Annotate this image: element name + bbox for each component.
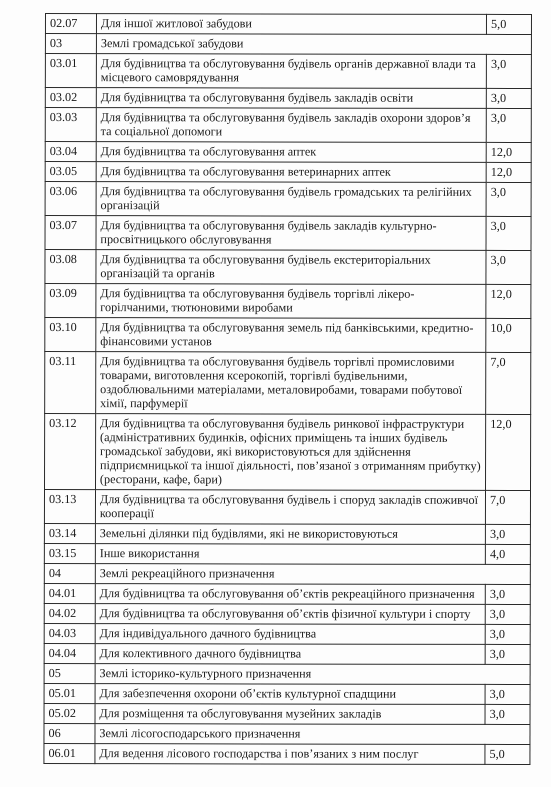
row-description: Для будівництва та обслуговування будіве… (96, 216, 486, 251)
table-row: 03.03Для будівництва та обслуговування б… (45, 108, 531, 143)
table-row: 03.14Земельні ділянки під будівлями, які… (44, 523, 530, 544)
row-description: Для індивідуального дачного будівництва (95, 624, 485, 645)
row-rate: 3,0 (486, 250, 531, 284)
table-row: 04.01Для будівництва та обслуговування о… (44, 583, 530, 604)
row-description: Для будівництва та обслуговування будіве… (96, 182, 486, 217)
group-title: Землі рекреаційного призначення (95, 564, 530, 585)
row-description: Для будівництва та обслуговування будіве… (96, 352, 486, 415)
row-code: 03.14 (44, 523, 95, 543)
row-code: 04.04 (44, 643, 95, 663)
row-description: Інше використання (95, 544, 485, 565)
row-code: 03.07 (45, 216, 96, 250)
row-rate: 3,0 (486, 216, 531, 250)
row-rate: 3,0 (485, 644, 530, 664)
group-title: Землі історико-культурного призначення (95, 664, 530, 685)
row-description: Земельні ділянки під будівлями, які не в… (95, 524, 485, 545)
row-description: Для будівництва та обслуговування земель… (96, 318, 486, 353)
row-description: Для ведення лісового господарства і пов’… (95, 744, 485, 765)
row-description: Для будівництва та обслуговування будіве… (96, 54, 486, 89)
table-row: 03.02Для будівництва та обслуговування б… (45, 88, 531, 109)
table-row: 06.01Для ведення лісового господарства і… (44, 743, 530, 764)
row-code: 06.01 (44, 743, 95, 763)
row-description: Для будівництва та обслуговування будіве… (96, 250, 486, 285)
row-description: Для будівництва та обслуговування будіве… (95, 414, 485, 491)
row-code: 03.03 (45, 108, 96, 142)
table-row: 03.06Для будівництва та обслуговування б… (45, 182, 531, 217)
land-tax-rates-table: 02.07Для іншої житлової забудови5,003Зем… (43, 13, 532, 765)
row-rate: 12,0 (486, 162, 531, 182)
row-description: Для будівництва та обслуговування будіве… (96, 108, 486, 143)
row-rate: 4,0 (485, 544, 530, 564)
row-rate: 3,0 (485, 584, 530, 604)
table-row: 02.07Для іншої житлової забудови5,0 (45, 14, 531, 35)
table-row: 03.05Для будівництва та обслуговування в… (45, 162, 531, 183)
row-code: 03.01 (45, 54, 96, 88)
row-description: Для будівництва та обслуговування об’єкт… (95, 584, 485, 605)
row-rate: 7,0 (486, 352, 531, 414)
row-description: Для будівництва та обслуговування будіве… (96, 88, 486, 109)
table-row: 03.04Для будівництва та обслуговування а… (45, 142, 531, 163)
table-row: 05.01Для забезпечення охорони об’єктів к… (44, 683, 530, 704)
row-rate: 3,0 (485, 524, 530, 544)
row-code: 05.01 (44, 683, 95, 703)
row-code: 04.02 (44, 603, 95, 623)
row-description: Для розміщення та обслуговування музейни… (95, 704, 485, 725)
row-rate: 3,0 (486, 54, 531, 88)
table-row: 03.07Для будівництва та обслуговування б… (45, 216, 531, 251)
row-code: 03.10 (45, 318, 96, 352)
row-code: 04.01 (44, 583, 95, 603)
row-code: 03.11 (45, 352, 96, 414)
row-rate: 3,0 (486, 108, 531, 142)
row-rate: 12,0 (486, 414, 531, 490)
row-code: 03.15 (44, 543, 95, 563)
row-rate: 3,0 (486, 88, 531, 108)
row-code: 03 (45, 34, 96, 54)
table-row: 04.03Для індивідуального дачного будівни… (44, 623, 530, 644)
group-title: Землі лісогосподарського призначення (95, 724, 530, 745)
row-code: 03.06 (45, 182, 96, 216)
row-code: 03.04 (45, 142, 96, 162)
row-rate: 3,0 (485, 624, 530, 644)
row-rate: 3,0 (486, 182, 531, 216)
row-code: 03.13 (44, 490, 95, 524)
table-row: 03.10Для будівництва та обслуговування з… (45, 318, 531, 353)
row-code: 03.09 (45, 284, 96, 318)
row-description: Для будівництва та обслуговування ветери… (96, 162, 486, 183)
row-rate: 5,0 (487, 14, 532, 34)
table-row: 03.12Для будівництва та обслуговування б… (45, 414, 531, 491)
row-rate: 10,0 (486, 318, 531, 352)
row-code: 06 (44, 723, 95, 743)
row-description: Для будівництва та обслуговування будіве… (96, 284, 486, 319)
row-description: Для колективного дачного будівництва (95, 644, 485, 665)
row-code: 03.05 (45, 162, 96, 182)
row-rate: 5,0 (485, 744, 530, 764)
table-group-row: 06Землі лісогосподарського призначення (44, 723, 530, 744)
row-description: Для будівництва та обслуговування аптек (96, 142, 486, 163)
row-code: 05 (44, 663, 95, 683)
table-body: 02.07Для іншої житлової забудови5,003Зем… (44, 14, 532, 765)
table-group-row: 04Землі рекреаційного призначення (44, 563, 530, 584)
row-code: 03.08 (45, 250, 96, 284)
table-row: 03.01Для будівництва та обслуговування б… (45, 54, 531, 89)
row-code: 05.02 (44, 703, 95, 723)
row-rate: 7,0 (486, 490, 531, 524)
group-title: Землі громадської забудови (96, 34, 531, 55)
row-code: 04 (44, 563, 95, 583)
table-row: 03.09Для будівництва та обслуговування б… (45, 284, 531, 319)
scanned-page: 02.07Для іншої житлової забудови5,003Зем… (0, 0, 551, 787)
row-rate: 12,0 (486, 284, 531, 318)
table-group-row: 03Землі громадської забудови (45, 34, 531, 55)
table-row: 04.02Для будівництва та обслуговування о… (44, 603, 530, 624)
table-row: 03.15Інше використання4,0 (44, 543, 530, 564)
row-rate: 3,0 (485, 704, 530, 724)
row-code: 03.12 (45, 414, 96, 490)
table-group-row: 05Землі історико-культурного призначення (44, 663, 530, 684)
table-row: 03.13Для будівництва та обслуговування б… (44, 490, 530, 525)
row-code: 02.07 (45, 14, 96, 34)
table-row: 03.11Для будівництва та обслуговування б… (45, 352, 531, 415)
row-description: Для забезпечення охорони об’єктів культу… (95, 684, 485, 705)
table-row: 05.02Для розміщення та обслуговування му… (44, 703, 530, 724)
row-rate: 3,0 (485, 684, 530, 704)
row-description: Для іншої житлової забудови (96, 14, 486, 35)
table-row: 04.04Для колективного дачного будівництв… (44, 643, 530, 664)
table-row: 03.08Для будівництва та обслуговування б… (45, 250, 531, 285)
row-rate: 3,0 (485, 604, 530, 624)
row-code: 03.02 (45, 88, 96, 108)
row-code: 04.03 (44, 623, 95, 643)
row-description: Для будівництва та обслуговування об’єкт… (95, 604, 485, 625)
row-description: Для будівництва та обслуговування будіве… (95, 490, 485, 525)
row-rate: 12,0 (486, 142, 531, 162)
